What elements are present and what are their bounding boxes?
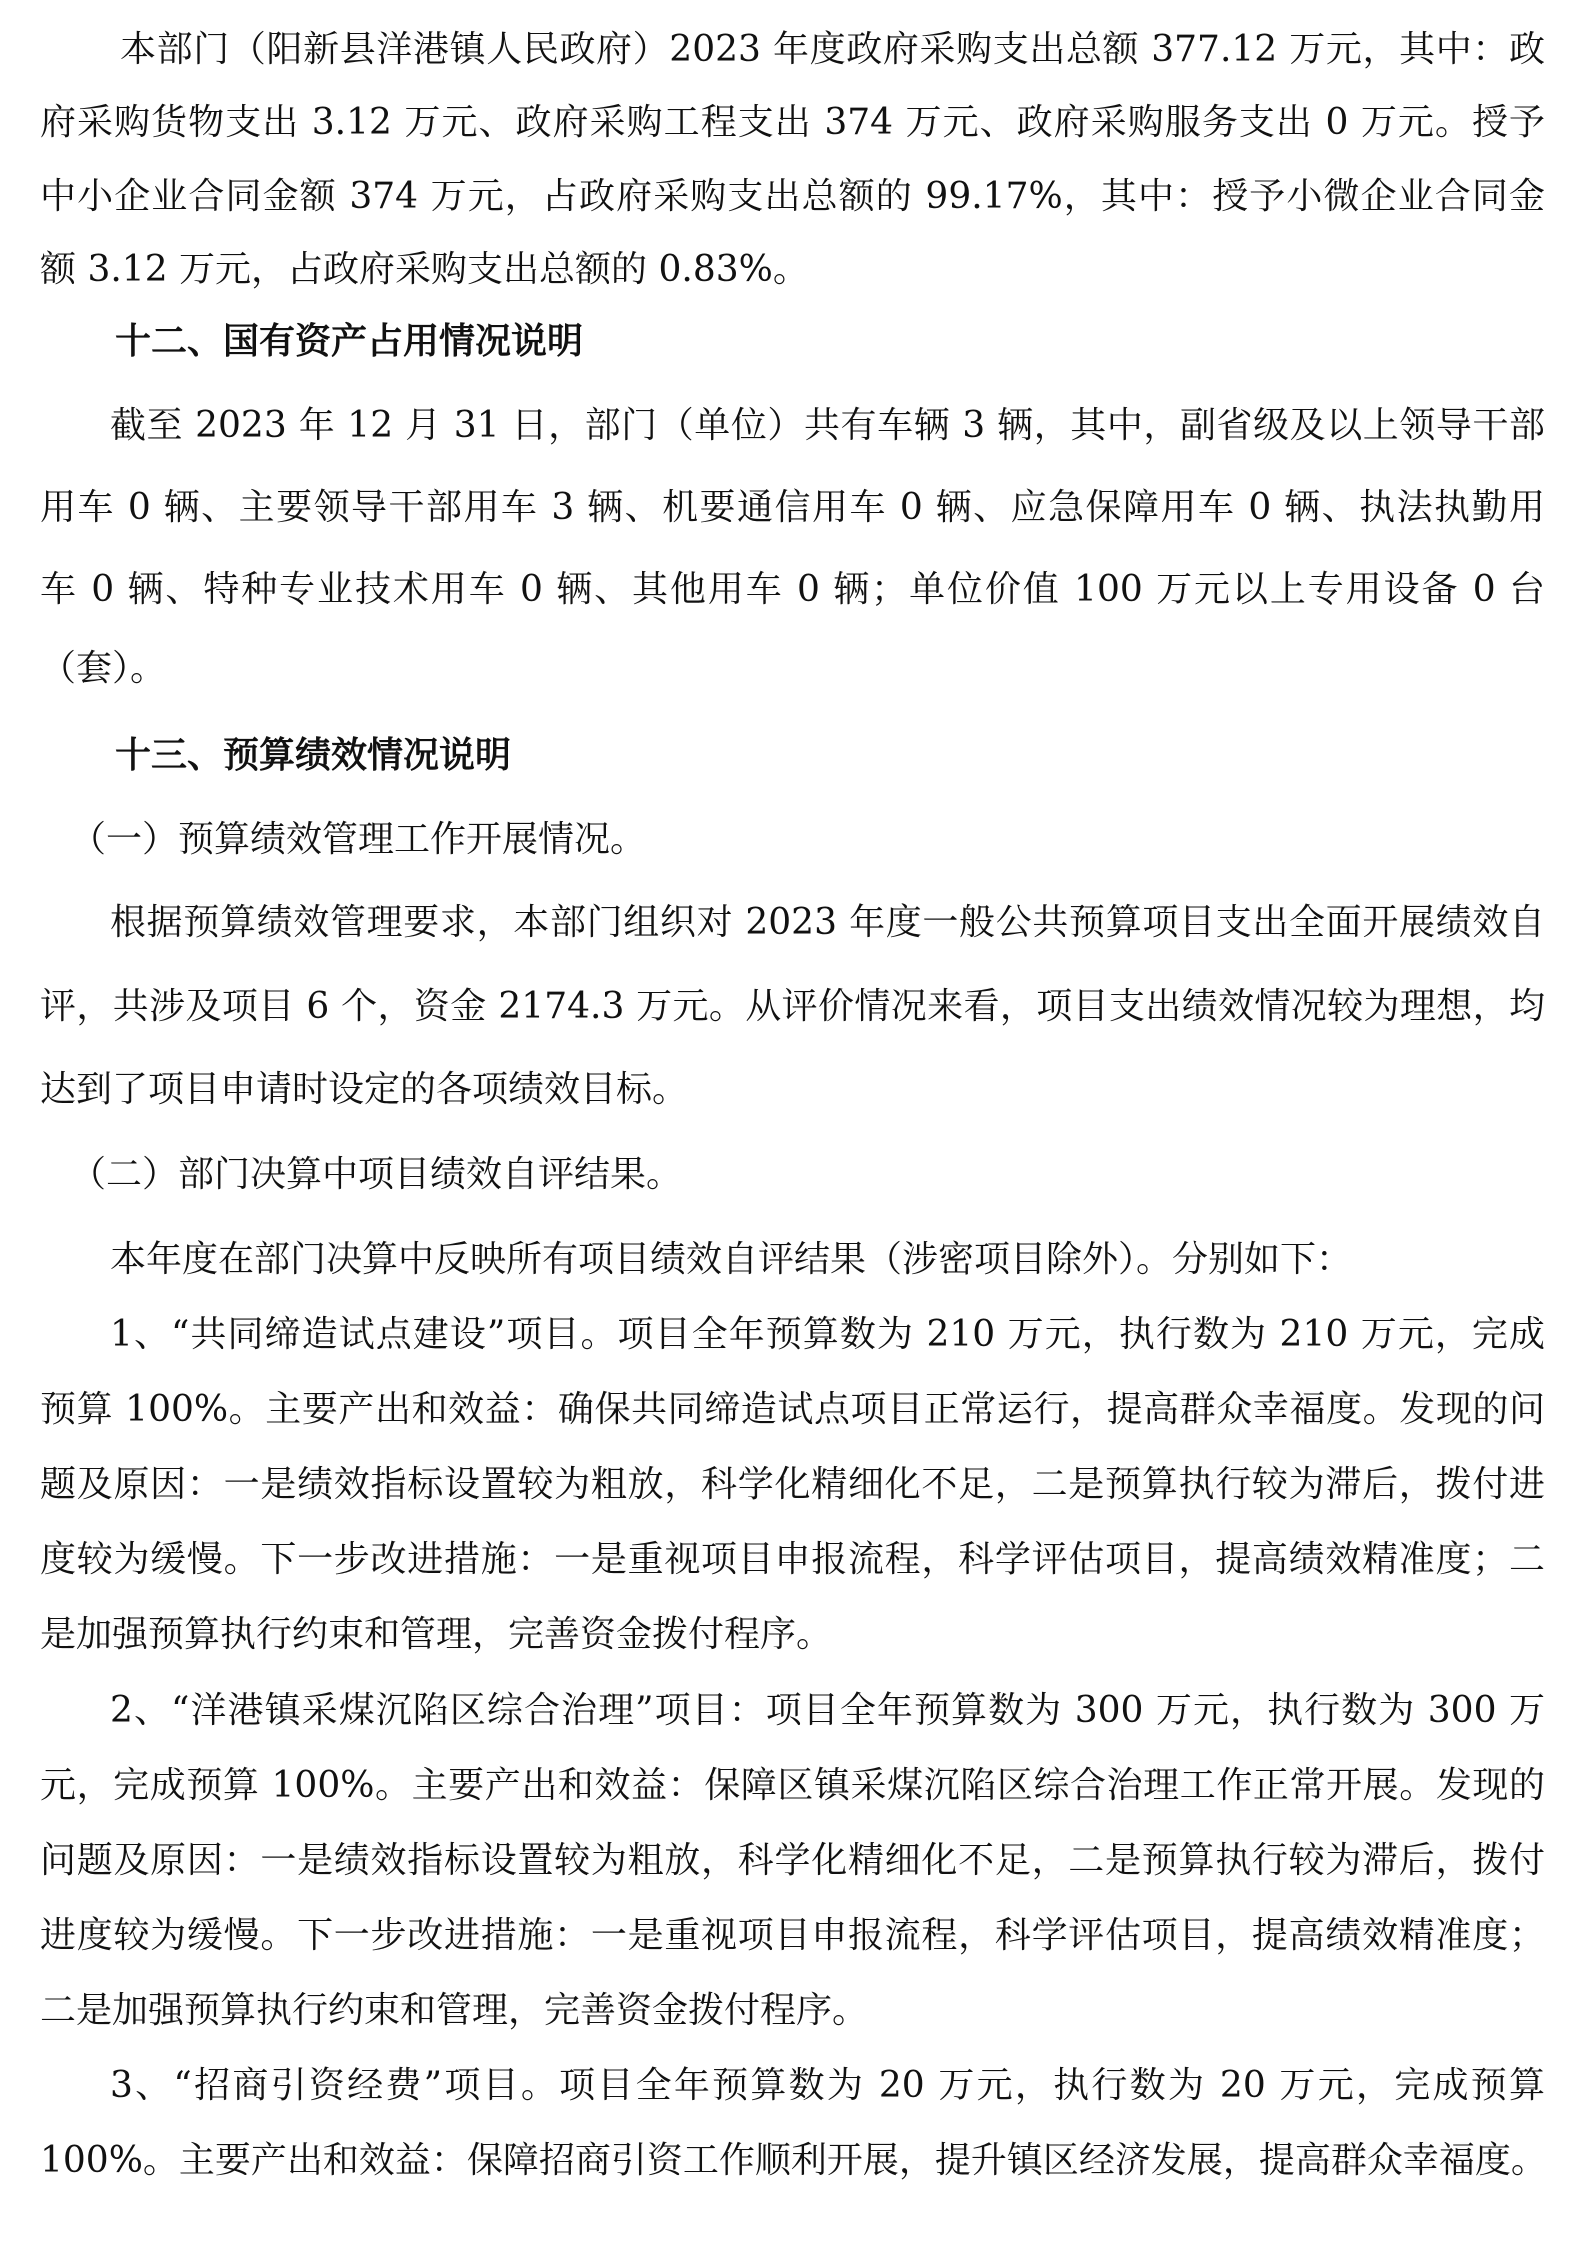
sub1-heading: （一）预算绩效管理工作开展情况。 bbox=[70, 815, 646, 865]
project-3-line-2: 100%。主要产出和效益：保障招商引资工作顺利开展，提升镇区经济发展，提高群众幸… bbox=[40, 2136, 1545, 2186]
project-2-line-4: 进度较为缓慢。下一步改进措施：一是重视项目申报流程，科学评估项目，提高绩效精准度… bbox=[40, 1911, 1545, 1961]
document-page: 本部门（阳新县洋港镇人民政府）2023 年度政府采购支出总额 377.12 万元… bbox=[0, 0, 1587, 2245]
project-2-line-2: 元，完成预算 100%。主要产出和效益：保障区镇采煤沉陷区综合治理工作正常开展。… bbox=[40, 1761, 1545, 1811]
project-2-line-1: 2、“洋港镇采煤沉陷区综合治理”项目：项目全年预算数为 300 万元，执行数为 … bbox=[110, 1686, 1545, 1736]
sub1-line-1: 根据预算绩效管理要求，本部门组织对 2023 年度一般公共预算项目支出全面开展绩… bbox=[110, 898, 1545, 948]
sub2-intro: 本年度在部门决算中反映所有项目绩效自评结果（涉密项目除外）。分别如下： bbox=[110, 1235, 1545, 1285]
project-1-line-1: 1、“共同缔造试点建设”项目。项目全年预算数为 210 万元，执行数为 210 … bbox=[110, 1310, 1545, 1360]
section-12-line-3: 车 0 辆、特种专业技术用车 0 辆、其他用车 0 辆；单位价值 100 万元以… bbox=[40, 565, 1545, 615]
section-12-line-1: 截至 2023 年 12 月 31 日，部门（单位）共有车辆 3 辆，其中，副省… bbox=[110, 401, 1545, 451]
procurement-line-2: 府采购货物支出 3.12 万元、政府采购工程支出 374 万元、政府采购服务支出… bbox=[40, 98, 1545, 148]
project-1-line-2: 预算 100%。主要产出和效益：确保共同缔造试点项目正常运行，提高群众幸福度。发… bbox=[40, 1385, 1545, 1435]
procurement-line-3: 中小企业合同金额 374 万元，占政府采购支出总额的 99.17%，其中：授予小… bbox=[40, 172, 1545, 222]
sub1-line-3: 达到了项目申请时设定的各项绩效目标。 bbox=[40, 1065, 1545, 1115]
section-12-line-2: 用车 0 辆、主要领导干部用车 3 辆、机要通信用车 0 辆、应急保障用车 0 … bbox=[40, 483, 1545, 533]
section-12-heading: 十二、国有资产占用情况说明 bbox=[115, 316, 583, 368]
procurement-line-4: 额 3.12 万元，占政府采购支出总额的 0.83%。 bbox=[40, 245, 1545, 295]
section-12-line-4: （套）。 bbox=[40, 644, 1545, 694]
project-1-line-5: 是加强预算执行约束和管理，完善资金拨付程序。 bbox=[40, 1610, 1545, 1660]
sub2-heading: （二）部门决算中项目绩效自评结果。 bbox=[70, 1150, 682, 1200]
project-2-line-3: 问题及原因：一是绩效指标设置较为粗放，科学化精细化不足，二是预算执行较为滞后，拨… bbox=[40, 1836, 1545, 1886]
sub1-line-2: 评，共涉及项目 6 个，资金 2174.3 万元。从评价情况来看，项目支出绩效情… bbox=[40, 982, 1545, 1032]
project-1-line-3: 题及原因：一是绩效指标设置较为粗放，科学化精细化不足，二是预算执行较为滞后，拨付… bbox=[40, 1460, 1545, 1510]
project-1-line-4: 度较为缓慢。下一步改进措施：一是重视项目申报流程，科学评估项目，提高绩效精准度；… bbox=[40, 1535, 1545, 1585]
project-3-line-1: 3、“招商引资经费”项目。项目全年预算数为 20 万元，执行数为 20 万元，完… bbox=[110, 2061, 1545, 2111]
procurement-line-1: 本部门（阳新县洋港镇人民政府）2023 年度政府采购支出总额 377.12 万元… bbox=[120, 25, 1545, 75]
project-2-line-5: 二是加强预算执行约束和管理，完善资金拨付程序。 bbox=[40, 1986, 1545, 2036]
section-13-heading: 十三、预算绩效情况说明 bbox=[115, 730, 511, 782]
